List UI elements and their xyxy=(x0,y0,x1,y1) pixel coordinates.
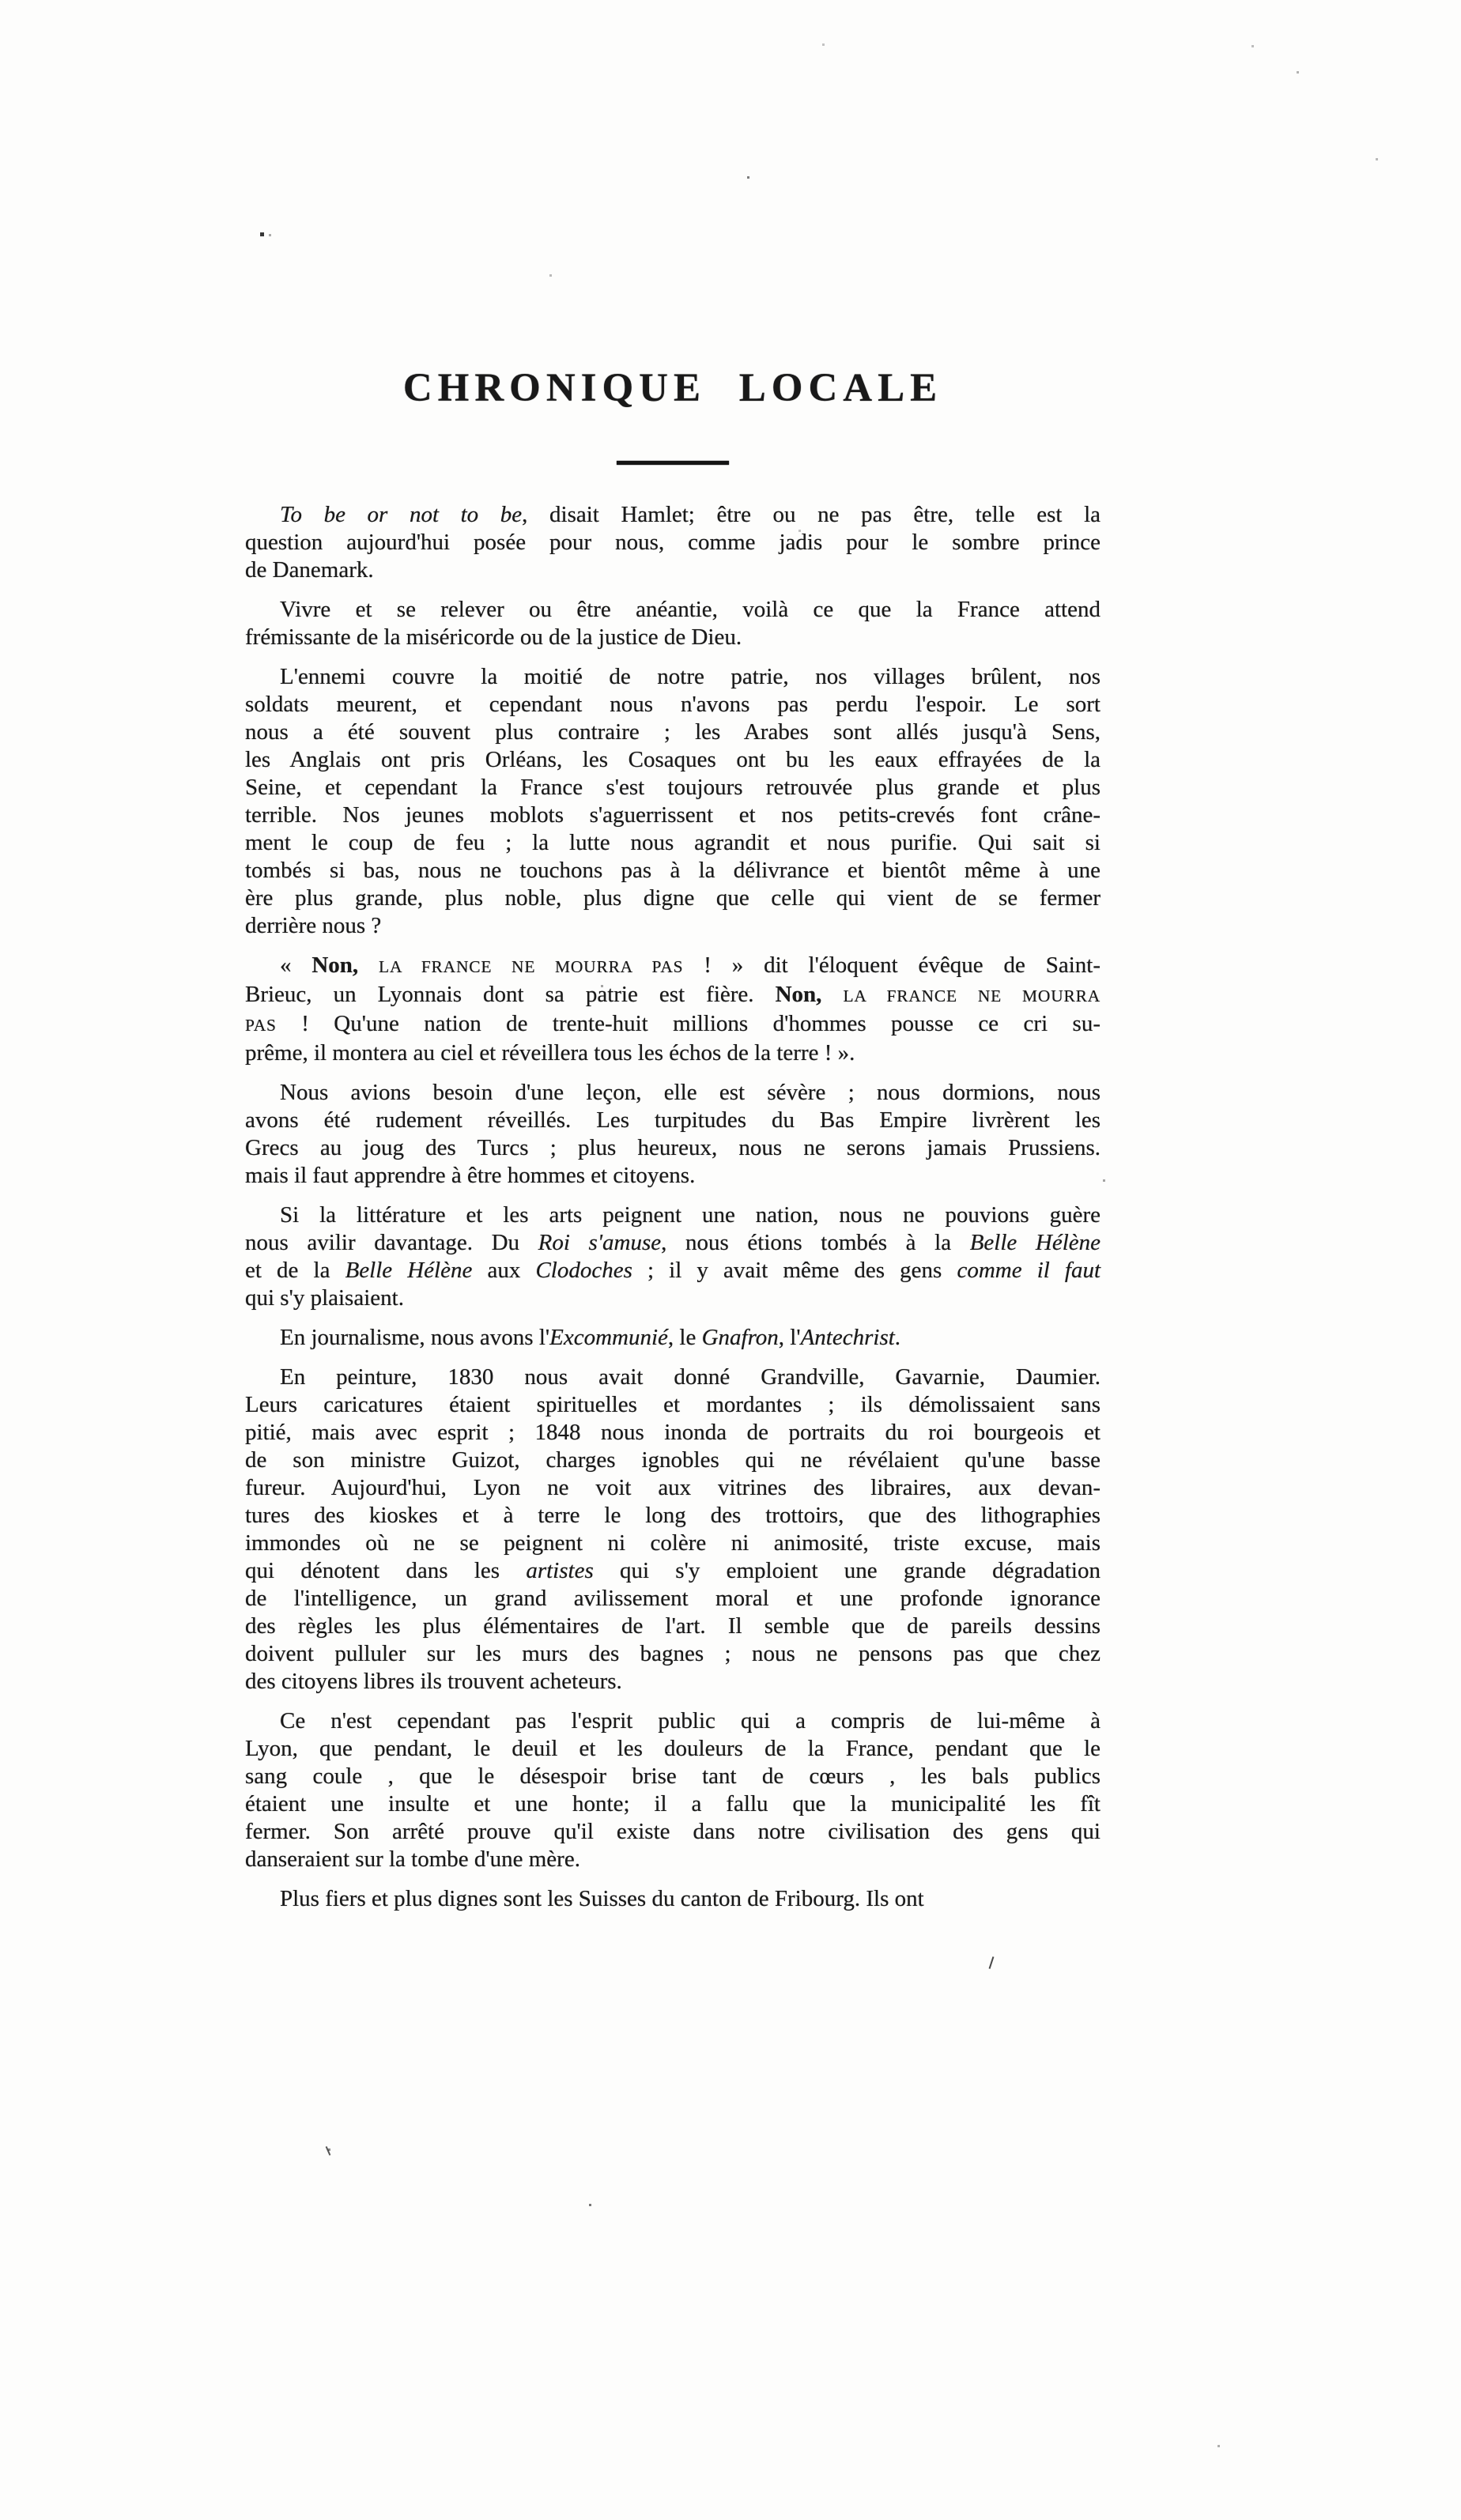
text-line: les Anglais ont pris Orléans, les Cosaqu… xyxy=(245,746,1100,774)
article-body: To be or not to be, disait Hamlet; être … xyxy=(245,501,1100,1925)
text-segment: Antechrist xyxy=(801,1325,895,1350)
text-line: qui s'y plaisaient. xyxy=(245,1285,1100,1312)
text-segment: mais il faut apprendre à être hommes et … xyxy=(245,1163,695,1188)
text-segment: qui s'y plaisaient. xyxy=(245,1285,404,1311)
text-segment: danseraient sur la tombe d'une mère. xyxy=(245,1847,580,1872)
text-line: Plus fiers et plus dignes sont les Suiss… xyxy=(245,1885,1100,1913)
text-segment: , nous étions tombés à la xyxy=(661,1230,970,1255)
text-segment: nous avilir davantage. Du xyxy=(245,1230,538,1255)
text-segment: Lyon, que pendant, le deuil et les doule… xyxy=(245,1736,1100,1761)
text-line: mais il faut apprendre à être hommes et … xyxy=(245,1162,1100,1190)
text-segment: artistes xyxy=(526,1558,593,1583)
text-segment: Belle Hélène xyxy=(345,1258,473,1283)
paragraph: En journalisme, nous avons l'Excommunié,… xyxy=(245,1324,1100,1352)
text-segment: Non, xyxy=(776,982,822,1007)
text-segment: « xyxy=(280,953,311,978)
text-segment: qui dénotent dans les xyxy=(245,1558,526,1583)
text-line: étaient une insulte et une honte; il a f… xyxy=(245,1790,1100,1818)
text-line: tombés si bas, nous ne touchons pas à la… xyxy=(245,857,1100,885)
text-segment: et de la xyxy=(245,1258,345,1283)
text-segment: , disait Hamlet; être ou ne pas être, te… xyxy=(522,502,1100,527)
text-line: En journalisme, nous avons l'Excommunié,… xyxy=(245,1324,1100,1352)
text-segment xyxy=(358,953,379,978)
text-line: qui dénotent dans les artistes qui s'y e… xyxy=(245,1557,1100,1585)
text-segment: des règles les plus élémentaires de l'ar… xyxy=(245,1613,1100,1639)
article-header: CHRONIQUE LOCALE xyxy=(245,365,1100,411)
text-segment: tombés si bas, nous ne touchons pas à la… xyxy=(245,858,1100,883)
page-title: CHRONIQUE LOCALE xyxy=(245,365,1100,411)
text-line: des règles les plus élémentaires de l'ar… xyxy=(245,1613,1100,1640)
text-segment: aux xyxy=(472,1258,535,1283)
text-line: ère plus grande, plus noble, plus digne … xyxy=(245,885,1100,912)
text-segment: avons été rudement réveillés. Les turpit… xyxy=(245,1107,1100,1133)
text-line: Lyon, que pendant, le deuil et les doule… xyxy=(245,1735,1100,1763)
text-line: terrible. Nos jeunes moblots s'aguerriss… xyxy=(245,802,1100,829)
text-segment: To be or not to be xyxy=(280,502,522,527)
text-segment: fureur. Aujourd'hui, Lyon ne voit aux vi… xyxy=(245,1475,1100,1500)
text-line: nous avilir davantage. Du Roi s'amuse, n… xyxy=(245,1229,1100,1257)
text-line: Leurs caricatures étaient spirituelles e… xyxy=(245,1391,1100,1419)
text-line: ment le coup de feu ; la lutte nous agra… xyxy=(245,829,1100,857)
paragraph: Ce n'est cependant pas l'esprit public q… xyxy=(245,1707,1100,1873)
text-line: des citoyens libres ils trouvent acheteu… xyxy=(245,1668,1100,1696)
text-segment: immondes où ne se peignent ni colère ni … xyxy=(245,1530,1100,1556)
text-line: Nous avions besoin d'une leçon, elle est… xyxy=(245,1079,1100,1107)
text-segment: derrière nous ? xyxy=(245,913,381,938)
text-line: doivent pulluler sur les murs des bagnes… xyxy=(245,1640,1100,1668)
text-segment: pitié, mais avec esprit ; 1848 nous inon… xyxy=(245,1420,1100,1445)
scanned-document-page: CHRONIQUE LOCALE To be or not to be, dis… xyxy=(0,0,1461,2520)
text-segment: de Danemark. xyxy=(245,557,374,583)
title-divider xyxy=(245,461,1100,465)
text-line: sang coule , que le désespoir brise tant… xyxy=(245,1763,1100,1790)
scan-noise-speckles xyxy=(0,0,2,2)
text-segment: Roi s'amuse xyxy=(538,1230,661,1255)
scan-stray-mark xyxy=(326,2146,331,2156)
text-segment: frémissante de la miséricorde ou de la j… xyxy=(245,624,742,650)
text-segment: ; il y avait même des gens xyxy=(632,1258,957,1283)
text-segment: LA FRANCE NE MOURRA PAS xyxy=(379,957,683,976)
paragraph: « Non, LA FRANCE NE MOURRA PAS ! » dit l… xyxy=(245,952,1100,1067)
text-segment: Seine, et cependant la France s'est touj… xyxy=(245,775,1100,800)
text-segment: nous a été souvent plus contraire ; les … xyxy=(245,719,1100,745)
text-segment: Clodoches xyxy=(535,1258,632,1283)
scan-stray-mark xyxy=(989,1956,995,1969)
text-line: nous a été souvent plus contraire ; les … xyxy=(245,719,1100,746)
text-segment: de son ministre Guizot, charges ignobles… xyxy=(245,1447,1100,1473)
text-line: de l'intelligence, un grand avilissement… xyxy=(245,1585,1100,1613)
text-segment: Leurs caricatures étaient spirituelles e… xyxy=(245,1392,1100,1417)
text-segment: Belle Hélène xyxy=(970,1230,1100,1255)
paragraph: To be or not to be, disait Hamlet; être … xyxy=(245,501,1100,584)
text-segment: Nous avions besoin d'une leçon, elle est… xyxy=(280,1080,1100,1105)
text-line: de son ministre Guizot, charges ignobles… xyxy=(245,1447,1100,1474)
text-segment: soldats meurent, et cependant nous n'avo… xyxy=(245,692,1100,717)
text-segment xyxy=(821,982,843,1007)
text-line: fermer. Son arrêté prouve qu'il existe d… xyxy=(245,1818,1100,1846)
paragraph: Nous avions besoin d'une leçon, elle est… xyxy=(245,1079,1100,1190)
paragraph: Si la littérature et les arts peignent u… xyxy=(245,1202,1100,1312)
text-segment: de l'intelligence, un grand avilissement… xyxy=(245,1586,1100,1611)
text-segment: prême, il montera au ciel et réveillera … xyxy=(245,1040,855,1066)
text-segment: Si la littérature et les arts peignent u… xyxy=(280,1202,1100,1228)
text-segment: Non, xyxy=(311,953,358,978)
text-segment: les Anglais ont pris Orléans, les Cosaqu… xyxy=(245,747,1100,772)
text-line: prême, il montera au ciel et réveillera … xyxy=(245,1039,1100,1067)
text-line: frémissante de la miséricorde ou de la j… xyxy=(245,624,1100,651)
text-segment: des citoyens libres ils trouvent acheteu… xyxy=(245,1669,622,1694)
text-segment: LA FRANCE NE MOURRA xyxy=(843,986,1100,1005)
text-segment: En peinture, 1830 nous avait donné Grand… xyxy=(280,1364,1100,1390)
text-segment: , l' xyxy=(779,1325,801,1350)
text-segment: question aujourd'hui posée pour nous, co… xyxy=(245,530,1100,555)
text-segment: ment le coup de feu ; la lutte nous agra… xyxy=(245,830,1100,855)
text-segment: Grecs au joug des Turcs ; plus heureux, … xyxy=(245,1135,1100,1160)
text-line: Si la littérature et les arts peignent u… xyxy=(245,1202,1100,1229)
text-segment: . xyxy=(895,1325,900,1350)
text-segment: En journalisme, nous avons l' xyxy=(280,1325,549,1350)
text-segment: Gnafron xyxy=(702,1325,779,1350)
text-line: Vivre et se relever ou être anéantie, vo… xyxy=(245,596,1100,624)
text-line: pitié, mais avec esprit ; 1848 nous inon… xyxy=(245,1419,1100,1447)
text-line: tures des kioskes et à terre le long des… xyxy=(245,1502,1100,1530)
divider-bar xyxy=(617,461,729,465)
text-line: Seine, et cependant la France s'est touj… xyxy=(245,774,1100,802)
text-segment: sang coule , que le désespoir brise tant… xyxy=(245,1764,1100,1789)
text-segment: Ce n'est cependant pas l'esprit public q… xyxy=(280,1708,1100,1733)
text-line: avons été rudement réveillés. Les turpit… xyxy=(245,1107,1100,1134)
paragraph: L'ennemi couvre la moitié de notre patri… xyxy=(245,663,1100,940)
paragraph: Plus fiers et plus dignes sont les Suiss… xyxy=(245,1885,1100,1913)
text-line: soldats meurent, et cependant nous n'avo… xyxy=(245,691,1100,719)
text-segment: qui s'y emploient une grande dégradation xyxy=(594,1558,1100,1583)
text-segment: doivent pulluler sur les murs des bagnes… xyxy=(245,1641,1100,1666)
text-segment: Brieuc, un Lyonnais dont sa patrie est f… xyxy=(245,982,776,1007)
text-line: question aujourd'hui posée pour nous, co… xyxy=(245,529,1100,556)
text-line: et de la Belle Hélène aux Clodoches ; il… xyxy=(245,1257,1100,1285)
text-segment: ère plus grande, plus noble, plus digne … xyxy=(245,885,1100,911)
text-segment: L'ennemi couvre la moitié de notre patri… xyxy=(280,664,1100,689)
paragraph: En peinture, 1830 nous avait donné Grand… xyxy=(245,1364,1100,1696)
text-segment: terrible. Nos jeunes moblots s'aguerriss… xyxy=(245,802,1100,828)
text-segment: Vivre et se relever ou être anéantie, vo… xyxy=(280,597,1100,622)
text-line: L'ennemi couvre la moitié de notre patri… xyxy=(245,663,1100,691)
text-segment: Plus fiers et plus dignes sont les Suiss… xyxy=(280,1886,924,1911)
text-line: derrière nous ? xyxy=(245,912,1100,940)
text-segment: , le xyxy=(668,1325,702,1350)
text-line: To be or not to be, disait Hamlet; être … xyxy=(245,501,1100,529)
text-segment: tures des kioskes et à terre le long des… xyxy=(245,1503,1100,1528)
text-segment: Excommunié xyxy=(549,1325,668,1350)
text-line: Ce n'est cependant pas l'esprit public q… xyxy=(245,1707,1100,1735)
text-segment: PAS xyxy=(245,1016,277,1035)
text-line: PAS ! Qu'une nation de trente-huit milli… xyxy=(245,1010,1100,1039)
text-segment: ! » dit l'éloquent évêque de Saint- xyxy=(683,953,1100,978)
text-segment: étaient une insulte et une honte; il a f… xyxy=(245,1791,1100,1816)
text-line: En peinture, 1830 nous avait donné Grand… xyxy=(245,1364,1100,1391)
text-segment: fermer. Son arrêté prouve qu'il existe d… xyxy=(245,1819,1100,1844)
text-line: immondes où ne se peignent ni colère ni … xyxy=(245,1530,1100,1557)
text-line: Grecs au joug des Turcs ; plus heureux, … xyxy=(245,1134,1100,1162)
text-segment: comme il faut xyxy=(957,1258,1100,1283)
text-line: de Danemark. xyxy=(245,556,1100,584)
text-line: danseraient sur la tombe d'une mère. xyxy=(245,1846,1100,1873)
text-line: « Non, LA FRANCE NE MOURRA PAS ! » dit l… xyxy=(245,952,1100,981)
text-line: Brieuc, un Lyonnais dont sa patrie est f… xyxy=(245,981,1100,1010)
text-segment: ! Qu'une nation de trente-huit millions … xyxy=(277,1011,1100,1036)
paragraph: Vivre et se relever ou être anéantie, vo… xyxy=(245,596,1100,651)
text-line: fureur. Aujourd'hui, Lyon ne voit aux vi… xyxy=(245,1474,1100,1502)
